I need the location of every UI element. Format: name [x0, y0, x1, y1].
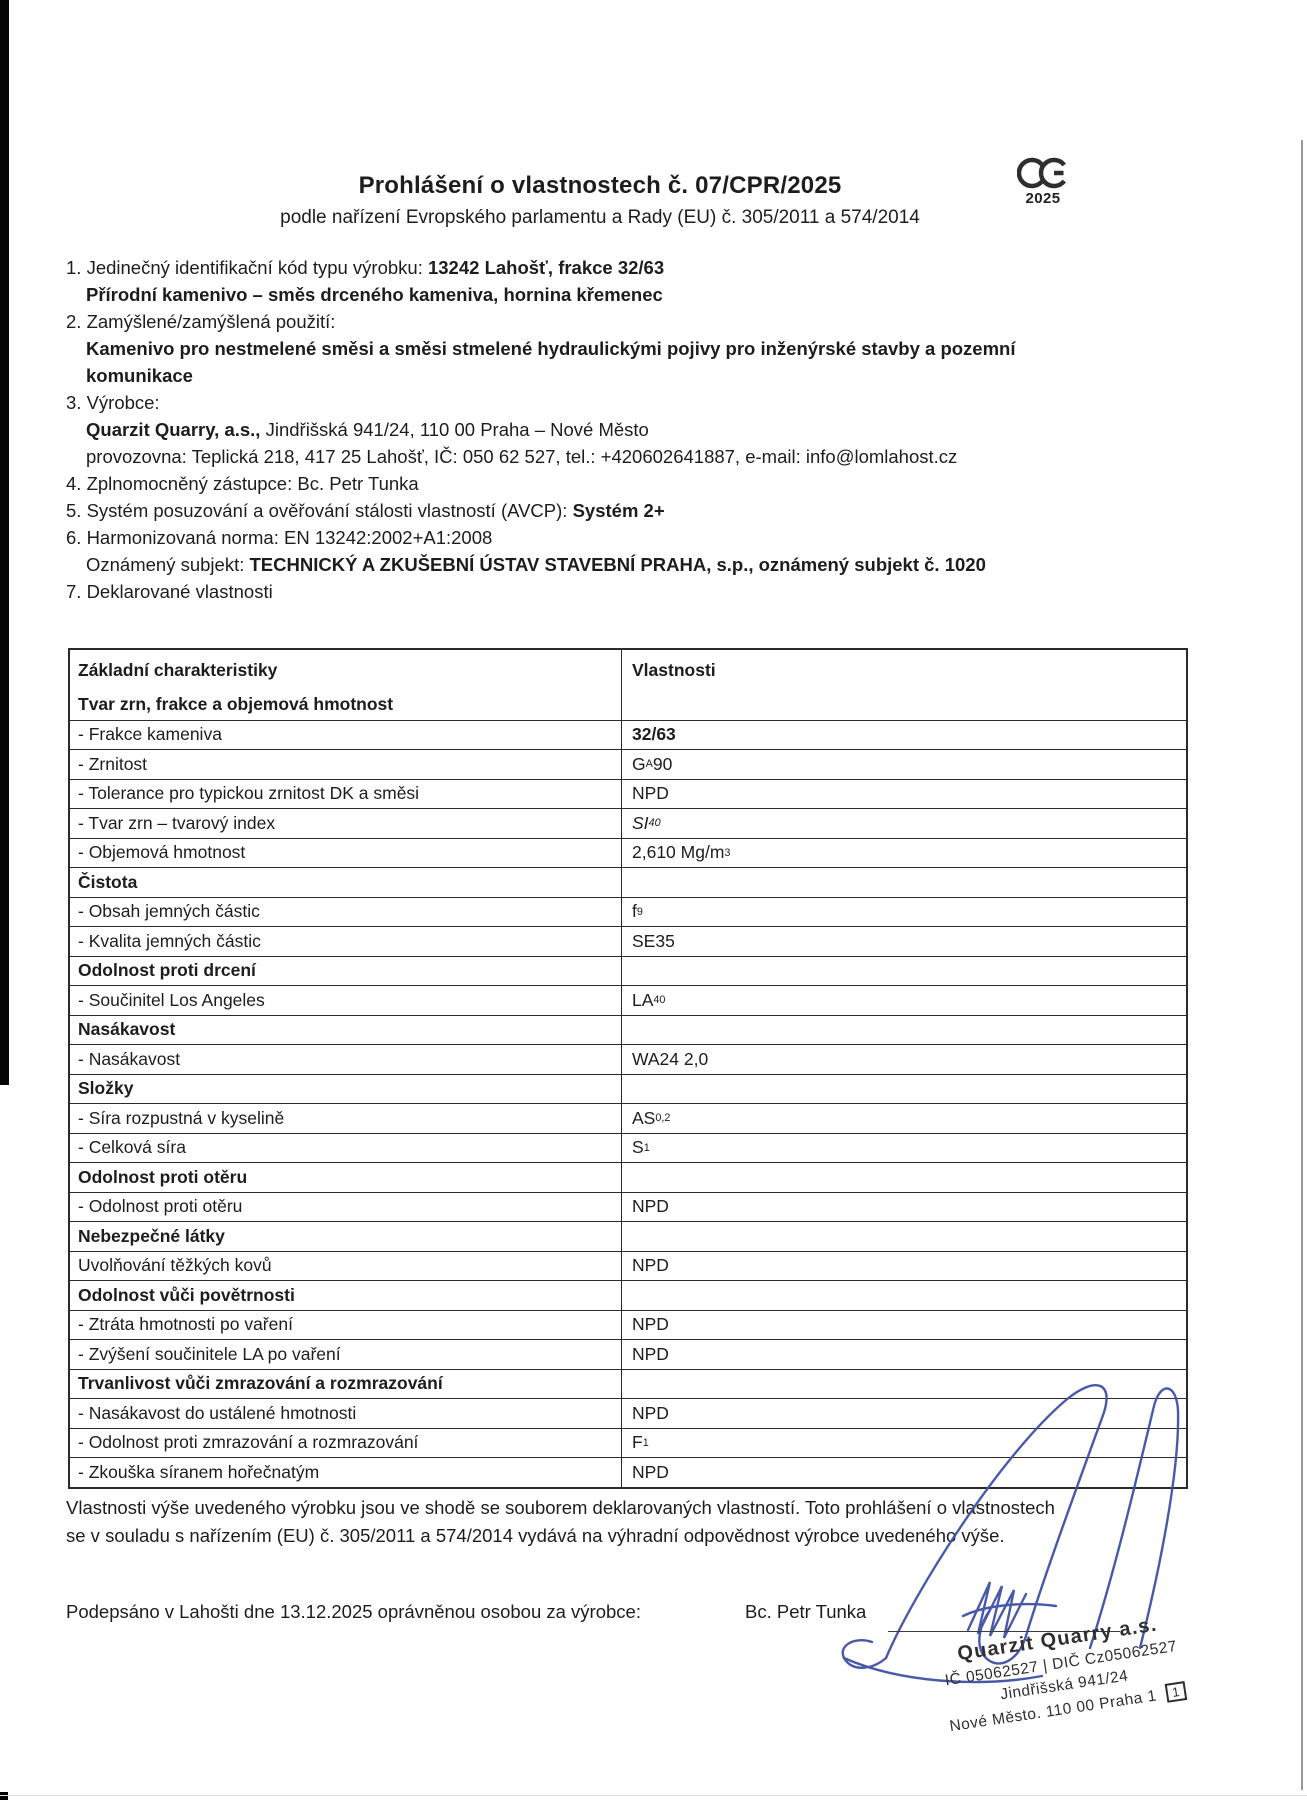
table-row: Tvar zrn, frakce a objemová hmotnost	[70, 690, 1186, 720]
item-authorized-representative: 4. Zplnomocněný zástupce: Bc. Petr Tunka	[66, 470, 1186, 497]
item-declared-properties-heading: 7. Deklarované vlastnosti	[66, 578, 1186, 605]
item-manufacturer-plant: provozovna: Teplická 218, 417 25 Lahošť,…	[66, 443, 1186, 470]
table-row: Nebezpečné látky	[70, 1221, 1186, 1251]
row-value	[622, 1222, 1186, 1251]
table-row: - Odolnost proti otěru NPD	[70, 1192, 1186, 1222]
document-subtitle: podle nařízení Evropského parlamentu a R…	[66, 207, 1134, 229]
notified-body-bold: TECHNICKÝ A ZKUŠEBNÍ ÚSTAV STAVEBNÍ PRAH…	[250, 554, 986, 575]
table-row: - Tolerance pro typickou zrnitost DK a s…	[70, 779, 1186, 809]
row-value: SI40	[622, 809, 1186, 838]
row-label: - Nasákavost do ustálené hmotnosti	[70, 1399, 622, 1428]
table-row: - Celková síra S1	[70, 1133, 1186, 1163]
avcp-text: 5. Systém posuzování a ověřování stálost…	[66, 500, 573, 521]
item-notified-body: Oznámený subjekt: TECHNICKÝ A ZKUŠEBNÍ Ú…	[66, 551, 1186, 578]
row-label: Odolnost vůči povětrnosti	[70, 1281, 622, 1310]
table-row: - Síra rozpustná v kyselině AS0,2	[70, 1103, 1186, 1133]
row-value	[622, 1281, 1186, 1310]
item-text-bold: 13242 Lahošť, frakce 32/63	[428, 257, 664, 278]
row-value	[622, 690, 1186, 720]
row-value: AS0,2	[622, 1104, 1186, 1133]
row-value	[622, 1163, 1186, 1192]
table-row: - Objemová hmotnost 2,610 Mg/m3	[70, 838, 1186, 868]
table-row: Uvolňování těžkých kovů NPD	[70, 1251, 1186, 1281]
avcp-system-bold: Systém 2+	[573, 500, 665, 521]
row-label: - Odolnost proti otěru	[70, 1193, 622, 1222]
item-text: 1. Jedinečný identifikační kód typu výro…	[66, 257, 428, 278]
row-label: - Tvar zrn – tvarový index	[70, 809, 622, 838]
table-row: - Součinitel Los Angeles LA40	[70, 985, 1186, 1015]
table-row: - Frakce kameniva 32/63	[70, 720, 1186, 750]
table-row: Čistota	[70, 867, 1186, 897]
manufacturer-address: Jindřišská 941/24, 110 00 Praha – Nové M…	[260, 419, 648, 440]
document-header: Prohlášení o vlastnostech č. 07/CPR/2025…	[66, 172, 1134, 229]
scanned-document-page: 2025 Prohlášení o vlastnostech č. 07/CPR…	[0, 0, 1307, 1800]
table-header-properties: Vlastnosti	[622, 650, 1186, 690]
table-row: Odolnost vůči povětrnosti	[70, 1280, 1186, 1310]
document-title: Prohlášení o vlastnostech č. 07/CPR/2025	[66, 172, 1134, 200]
table-header-row: Základní charakteristiky Vlastnosti	[70, 650, 1186, 690]
row-label: Tvar zrn, frakce a objemová hmotnost	[70, 690, 622, 720]
table-row: Složky	[70, 1074, 1186, 1104]
scan-artifact-bottom-edge	[0, 1795, 1307, 1796]
row-label: - Zrnitost	[70, 750, 622, 779]
table-header-characteristics: Základní charakteristiky	[70, 650, 622, 690]
table-row: Nasákavost	[70, 1015, 1186, 1045]
row-label: Nebezpečné látky	[70, 1222, 622, 1251]
row-label: - Ztráta hmotnosti po vaření	[70, 1311, 622, 1340]
item-manufacturer: 3. Výrobce:	[66, 389, 1186, 416]
table-row: - Tvar zrn – tvarový index SI40	[70, 808, 1186, 838]
signing-statement: Podepsáno v Lahošti dne 13.12.2025 opráv…	[66, 1601, 641, 1623]
row-value: NPD	[622, 1311, 1186, 1340]
row-value: GA90	[622, 750, 1186, 779]
row-value: NPD	[622, 1193, 1186, 1222]
row-value	[622, 1016, 1186, 1045]
table-row: - Ztráta hmotnosti po vaření NPD	[70, 1310, 1186, 1340]
table-row: - Obsah jemných částic f9	[70, 897, 1186, 927]
row-value: S1	[622, 1134, 1186, 1163]
table-row: - Nasákavost WA24 2,0	[70, 1044, 1186, 1074]
item-harmonized-standard: 6. Harmonizovaná norma: EN 13242:2002+A1…	[66, 524, 1186, 551]
row-value: 32/63	[622, 721, 1186, 750]
row-label: - Objemová hmotnost	[70, 839, 622, 868]
row-label: Odolnost proti otěru	[70, 1163, 622, 1192]
scan-artifact-right-edge	[1301, 140, 1303, 1790]
row-value: 2,610 Mg/m3	[622, 839, 1186, 868]
manufacturer-name-bold: Quarzit Quarry, a.s.,	[86, 419, 260, 440]
row-value: LA40	[622, 986, 1186, 1015]
item-avcp-system: 5. Systém posuzování a ověřování stálost…	[66, 497, 1186, 524]
table-row: - Kvalita jemných částic SE35	[70, 926, 1186, 956]
row-label: - Nasákavost	[70, 1045, 622, 1074]
scan-artifact-bottom-left-mark	[0, 1792, 8, 1800]
item-manufacturer-name: Quarzit Quarry, a.s., Jindřišská 941/24,…	[66, 416, 1186, 443]
row-label: - Odolnost proti zmrazování a rozmrazová…	[70, 1429, 622, 1458]
table-row: Odolnost proti otěru	[70, 1162, 1186, 1192]
row-label: - Zvýšení součinitele LA po vaření	[70, 1340, 622, 1369]
row-value: SE35	[622, 927, 1186, 956]
row-label: - Kvalita jemných částic	[70, 927, 622, 956]
row-label: Odolnost proti drcení	[70, 957, 622, 986]
row-value: NPD	[622, 1252, 1186, 1281]
row-label: - Celková síra	[70, 1134, 622, 1163]
declaration-items: 1. Jedinečný identifikační kód typu výro…	[66, 254, 1186, 605]
row-label: Uvolňování těžkých kovů	[70, 1252, 622, 1281]
item-intended-use-detail-2: komunikace	[66, 362, 1186, 389]
row-label: - Tolerance pro typickou zrnitost DK a s…	[70, 780, 622, 809]
item-intended-use-detail: Kamenivo pro nestmelené směsi a směsi st…	[66, 335, 1186, 362]
row-value: f9	[622, 898, 1186, 927]
item-product-description: Přírodní kamenivo – směs drceného kameni…	[66, 281, 1186, 308]
row-label: - Součinitel Los Angeles	[70, 986, 622, 1015]
item-product-id: 1. Jedinečný identifikační kód typu výro…	[66, 254, 1186, 281]
row-label: Trvanlivost vůči zmrazování a rozmrazová…	[70, 1370, 622, 1399]
notified-body-text: Oznámený subjekt:	[86, 554, 250, 575]
stamp-page-number-box: 1	[1165, 1681, 1187, 1703]
row-value: WA24 2,0	[622, 1045, 1186, 1074]
row-label: - Zkouška síranem hořečnatým	[70, 1458, 622, 1487]
row-value	[622, 1075, 1186, 1104]
scan-artifact-left-bar	[0, 0, 9, 1085]
row-label: Čistota	[70, 868, 622, 897]
table-row: - Zrnitost GA90	[70, 749, 1186, 779]
row-value	[622, 868, 1186, 897]
table-row: Odolnost proti drcení	[70, 956, 1186, 986]
row-label: - Frakce kameniva	[70, 721, 622, 750]
row-label: - Obsah jemných částic	[70, 898, 622, 927]
row-label: - Síra rozpustná v kyselině	[70, 1104, 622, 1133]
row-label: Složky	[70, 1075, 622, 1104]
row-value	[622, 957, 1186, 986]
row-value: NPD	[622, 780, 1186, 809]
item-intended-use: 2. Zamýšlené/zamýšlená použití:	[66, 308, 1186, 335]
row-label: Nasákavost	[70, 1016, 622, 1045]
